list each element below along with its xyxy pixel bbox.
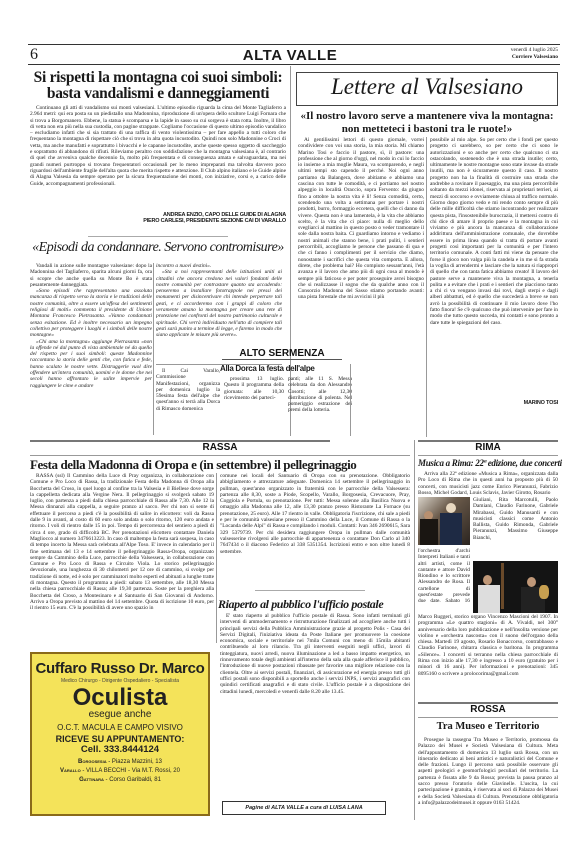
- column-rule: [414, 440, 415, 820]
- rossa-title: Tra Museo e Territorio: [418, 721, 558, 732]
- episodi-title: «Episodi da condannare. Servono contromi…: [30, 240, 286, 256]
- letters-signature: MARINO TOSI: [430, 400, 558, 406]
- ad-services: O.C.T. MACULA E CAMPO VISIVO: [32, 723, 208, 732]
- ad-doctor-name: Cuffaro Russo Dr. Marco: [32, 660, 208, 677]
- column-rule: [216, 473, 217, 643]
- alto-sermenza-title: Alla Dorca la festa dell'alpe: [220, 364, 346, 373]
- postale-body: E' stato riaperto al pubblico l'ufficio …: [220, 613, 410, 791]
- alto-sermenza-col2: prossima 13 luglio. Questo il programma …: [224, 376, 284, 436]
- ad-appointment: RICEVE SU APPUNTAMENTO:: [32, 734, 208, 744]
- vandalismi-title-1: Si rispetti la montagna coi suoi simboli…: [30, 70, 286, 86]
- rassa-col2: comune nei locali del Santuario di Oropa…: [220, 473, 410, 579]
- ad-location-2: Varallo - VILLA BECCHI - Via M.T. Rossi,…: [32, 768, 208, 774]
- episodi-col2: incontro a nuovi destini». «Sta a noi ra…: [156, 263, 282, 358]
- column-rule: [153, 263, 154, 435]
- letters-title: Lettere al Valsesiano: [296, 74, 558, 100]
- section-rule: [418, 717, 558, 718]
- episodi-col1: Vandali in azione sulle montagne valsesi…: [30, 263, 152, 435]
- ad-location-1: Borgosesia - Piazza Mazzini, 13: [32, 759, 208, 765]
- rima-col-right: Giuliani, Rita Marcotulli, Paolo Damiani…: [473, 497, 558, 559]
- column-rule: [350, 364, 351, 436]
- divider: [255, 590, 365, 591]
- concert-photo-2: [473, 561, 558, 613]
- section-rule: [418, 455, 558, 456]
- ad-specialty: Oculista: [32, 686, 208, 710]
- rima-title: Musica a Rima: 22ª edizione, due concert…: [418, 458, 560, 468]
- letters-headline: «Il nostro lavoro serve a mantenere viva…: [300, 110, 554, 135]
- vandalismi-article: Si rispetti la montagna coi suoi simboli…: [30, 70, 286, 224]
- letters-col2: possibile al mio alpe. So per certo che …: [430, 137, 558, 399]
- rima-intro: Arriva alla 22ª edizione «Musica a Rima»…: [418, 471, 558, 497]
- section-rossa: ROSSA: [418, 704, 558, 715]
- vandalismi-title-2: basta vandalismi e danneggiamenti: [30, 86, 286, 102]
- vandalismi-body: Continuano gli atti di vandalismo sui mo…: [30, 105, 286, 187]
- header-rule-bottom: [28, 64, 560, 65]
- rima-bottom: Marco Ruggeri, storico organo Vincenzo M…: [418, 614, 558, 690]
- concert-photo-1: [418, 497, 470, 545]
- ad-location-3: Gattinara - Corso Garibaldi, 81: [32, 777, 208, 783]
- rassa-col1: RASSA (ssl) Il Cammino della Luce di Pra…: [30, 473, 214, 643]
- credits-box: Pagine di ALTA VALLE a cura di LUISA LAN…: [222, 801, 386, 815]
- issue-date: venerdì 4 luglio 2025: [511, 47, 558, 53]
- publication-name: Corriere Valsesiano: [512, 54, 558, 60]
- alto-sermenza-col3: panti; alle 11 S. Messa celebrata da don…: [288, 376, 352, 436]
- header-rule-top: [28, 44, 560, 45]
- signature-carlesi: PIERO CARLESI, PRESIDENTE SEZIONE CAI DI…: [30, 218, 286, 224]
- ad-phone[interactable]: Cell. 333.8444124: [32, 744, 208, 755]
- letters-col1: Ai gentilissimi lettori di questo giorna…: [298, 137, 424, 355]
- section-rule: [30, 455, 410, 456]
- section-rassa: RASSA: [30, 442, 410, 453]
- cai-col1: Il Cai Varallo, Commissione Manifestazio…: [156, 368, 220, 436]
- oculista-ad[interactable]: Cuffaro Russo Dr. Marco Medico Chirurgo …: [30, 652, 210, 816]
- divider: [88, 236, 228, 237]
- rima-col-left2: l'orchestra d'archi Interpreti Italiani …: [418, 548, 470, 605]
- rossa-body: Prosegue la rassegna Tra Museo e Territo…: [418, 737, 558, 819]
- section-title: ALTA VALLE: [0, 47, 580, 64]
- rassa-title: Festa della Madonna di Oropa e (in sette…: [30, 457, 410, 473]
- section-rima: RIMA: [418, 442, 558, 453]
- column-rule: [426, 137, 427, 437]
- ad-also: esegue anche: [32, 710, 208, 720]
- postale-title: Riaperto al pubblico l'ufficio postale: [218, 597, 412, 612]
